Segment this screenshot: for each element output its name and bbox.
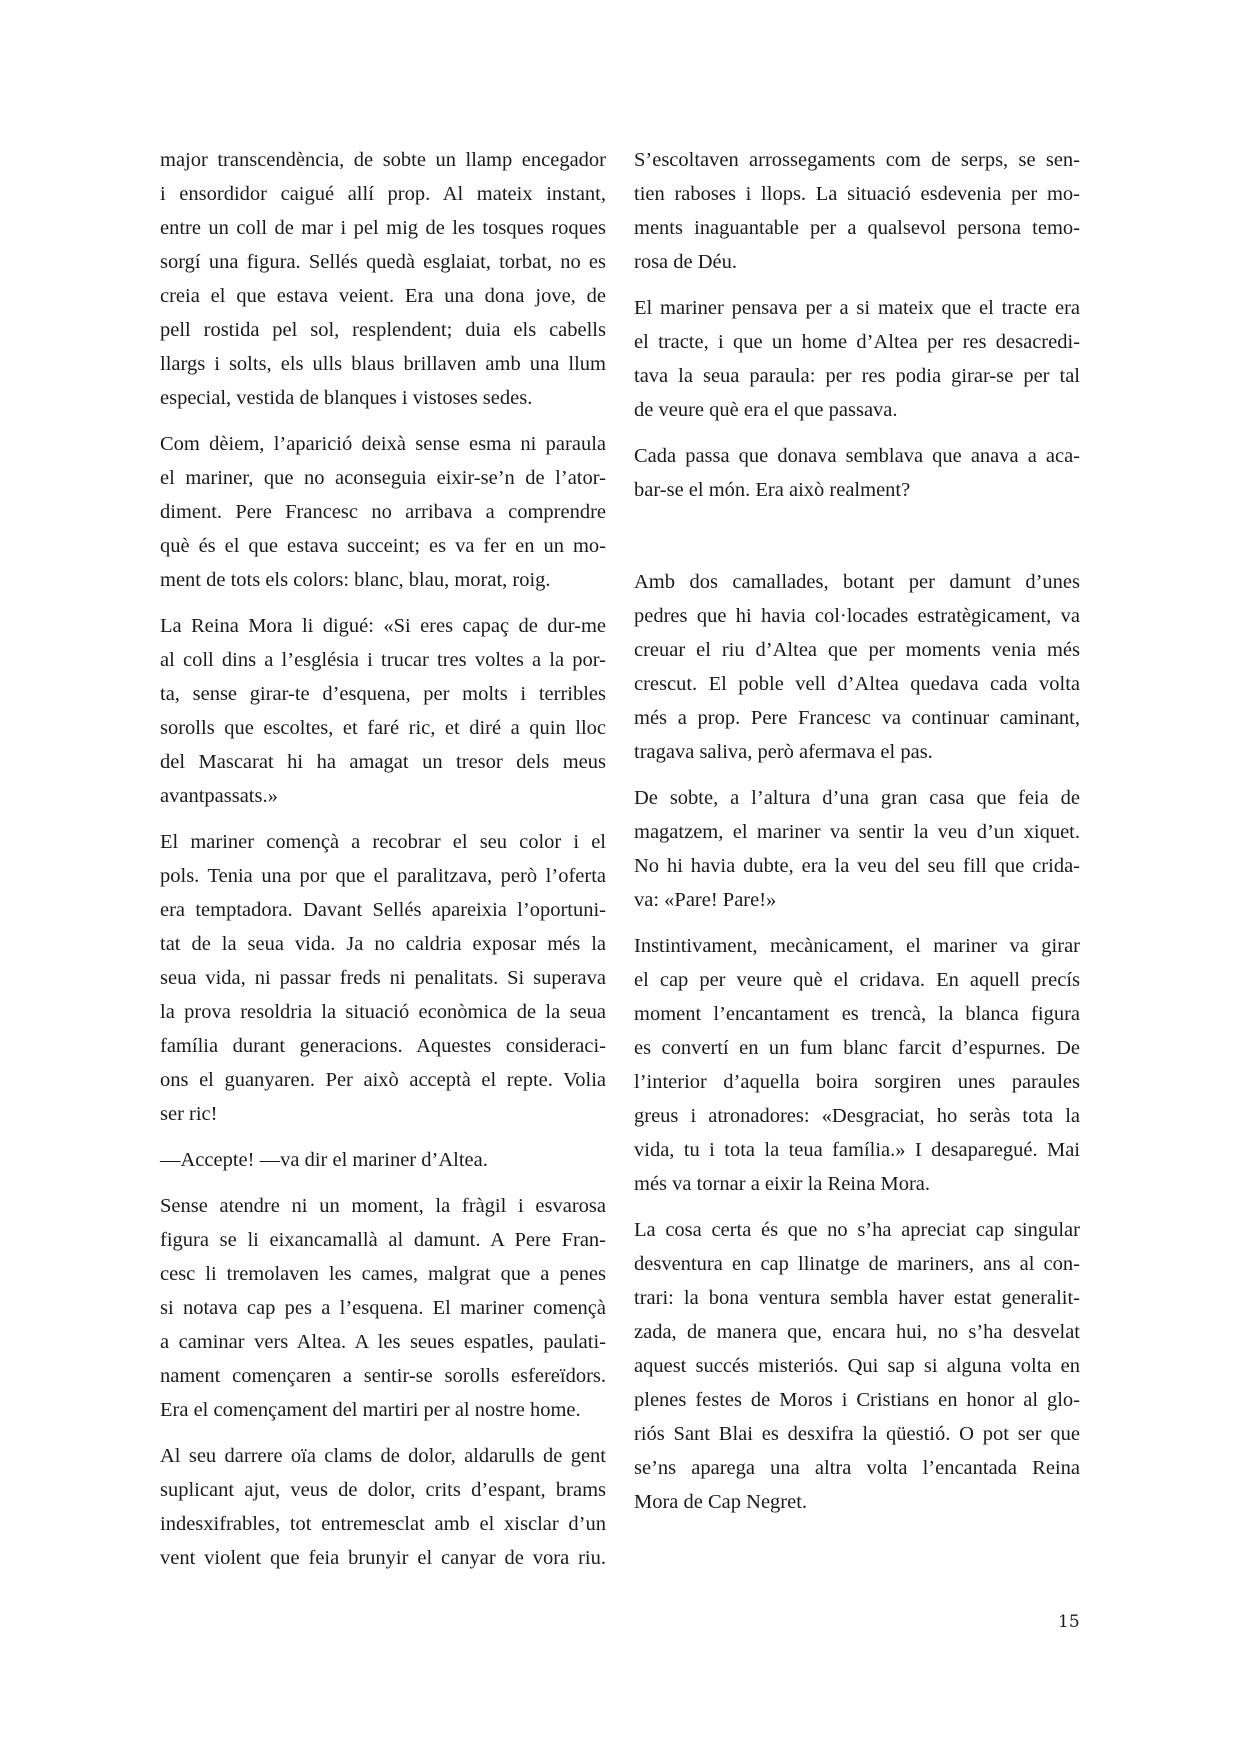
- text-line: El mariner començà a recobrar el seu col…: [160, 825, 606, 859]
- text-line: tat de la seua vida. Ja no caldria expos…: [160, 927, 606, 961]
- text-line: diment. Pere Francesc no arribava a comp…: [160, 495, 606, 529]
- text-line: creia el que estava veient. Era una dona…: [160, 279, 606, 313]
- text-line: —Accepte! —va dir el mariner d’Altea.: [160, 1143, 606, 1177]
- text-line: No hi havia dubte, era la veu del seu fi…: [634, 849, 1080, 883]
- text-line: ta, sense girar-te d’esquena, per molts …: [160, 677, 606, 711]
- text-line: era temptadora. Davant Sellés apareixia …: [160, 893, 606, 927]
- text-line: tien raboses i llops. La situació esdeve…: [634, 177, 1080, 211]
- document-page: major transcendència, de sobte un llamp …: [0, 0, 1240, 1753]
- text-line: trari: la bona ventura sembla haver esta…: [634, 1281, 1080, 1315]
- text-line: al coll dins a l’església i trucar tres …: [160, 643, 606, 677]
- paragraph: Sense atendre ni un moment, la fràgil i …: [160, 1189, 606, 1427]
- text-line: especial, vestida de blanques i vistoses…: [160, 381, 606, 415]
- page-number: 15: [1058, 1612, 1080, 1632]
- text-line: Cada passa que donava semblava que anava…: [634, 439, 1080, 473]
- paragraph: El mariner començà a recobrar el seu col…: [160, 825, 606, 1131]
- text-line: pols. Tenia una por que el paralitzava, …: [160, 859, 606, 893]
- paragraph: Amb dos camallades, botant per damunt d’…: [634, 565, 1080, 769]
- text-line: El mariner pensava per a si mateix que e…: [634, 291, 1080, 325]
- text-line: pedres que hi havia col·locades estratèg…: [634, 599, 1080, 633]
- text-line: ons el guanyaren. Per això acceptà el re…: [160, 1063, 606, 1097]
- text-line: aquest succés misteriós. Qui sap si algu…: [634, 1349, 1080, 1383]
- text-line: suplicant ajut, veus de dolor, crits d’e…: [160, 1473, 606, 1507]
- text-line: seua vida, ni passar freds ni penalitats…: [160, 961, 606, 995]
- text-line: bar-se el món. Era això realment?: [634, 473, 1080, 507]
- text-line: del Mascarat hi ha amagat un tresor dels…: [160, 745, 606, 779]
- text-line: Al seu darrere oïa clams de dolor, aldar…: [160, 1439, 606, 1473]
- text-line: riós Sant Blai es desxifra la qüestió. O…: [634, 1417, 1080, 1451]
- text-line: el cap per veure què el cridava. En aque…: [634, 963, 1080, 997]
- text-line: cesc li tremolaven les cames, malgrat qu…: [160, 1257, 606, 1291]
- text-line: figura se li eixancamallà al damunt. A P…: [160, 1223, 606, 1257]
- text-line: desventura en cap llinatge de mariners, …: [634, 1247, 1080, 1281]
- text-line: S’escoltaven arrossegaments com de serps…: [634, 143, 1080, 177]
- text-line: moment l’encantament es trencà, la blanc…: [634, 997, 1080, 1031]
- paragraph: Instintivament, mecànicament, el mariner…: [634, 929, 1080, 1201]
- text-line: avantpassats.»: [160, 779, 606, 813]
- text-line: pell rostida pel sol, resplendent; duia …: [160, 313, 606, 347]
- text-line: més a prop. Pere Francesc va continuar c…: [634, 701, 1080, 735]
- paragraph: La cosa certa és que no s’ha apreciat ca…: [634, 1213, 1080, 1519]
- text-line: La Reina Mora li digué: «Si eres capaç d…: [160, 609, 606, 643]
- section-spacer: [634, 519, 1080, 565]
- right-text-column: S’escoltaven arrossegaments com de serps…: [634, 143, 1080, 1531]
- paragraph: El mariner pensava per a si mateix que e…: [634, 291, 1080, 427]
- text-line: va: «Pare! Pare!»: [634, 883, 1080, 917]
- paragraph: Com dèiem, l’aparició deixà sense esma n…: [160, 427, 606, 597]
- text-line: rosa de Déu.: [634, 245, 1080, 279]
- text-line: greus i atronadores: «Desgraciat, ho ser…: [634, 1099, 1080, 1133]
- text-line: la prova resoldria la situació econòmica…: [160, 995, 606, 1029]
- text-line: entre un coll de mar i pel mig de les to…: [160, 211, 606, 245]
- text-line: si notava cap pes a l’esquena. El marine…: [160, 1291, 606, 1325]
- paragraph: De sobte, a l’altura d’una gran casa que…: [634, 781, 1080, 917]
- text-line: més va tornar a eixir la Reina Mora.: [634, 1167, 1080, 1201]
- paragraph: S’escoltaven arrossegaments com de serps…: [634, 143, 1080, 279]
- text-line: Mora de Cap Negret.: [634, 1485, 1080, 1519]
- text-line: Com dèiem, l’aparició deixà sense esma n…: [160, 427, 606, 461]
- text-line: creuar el riu d’Altea que per moments ve…: [634, 633, 1080, 667]
- text-line: major transcendència, de sobte un llamp …: [160, 143, 606, 177]
- left-text-column: major transcendència, de sobte un llamp …: [160, 143, 606, 1587]
- text-line: se’ns aparega una altra volta l’encantad…: [634, 1451, 1080, 1485]
- text-line: de veure què era el que passava.: [634, 393, 1080, 427]
- text-line: zada, de manera que, encara hui, no s’ha…: [634, 1315, 1080, 1349]
- text-line: vent violent que feia brunyir el canyar …: [160, 1541, 606, 1575]
- text-line: Sense atendre ni un moment, la fràgil i …: [160, 1189, 606, 1223]
- text-line: família durant generacions. Aquestes con…: [160, 1029, 606, 1063]
- text-line: sorolls que escoltes, et faré ric, et di…: [160, 711, 606, 745]
- text-line: La cosa certa és que no s’ha apreciat ca…: [634, 1213, 1080, 1247]
- text-line: a caminar vers Altea. A les seues espatl…: [160, 1325, 606, 1359]
- text-line: tragava saliva, però afermava el pas.: [634, 735, 1080, 769]
- text-line: vida, tu i tota la teua família.» I desa…: [634, 1133, 1080, 1167]
- text-line: l’interior d’aquella boira sorgiren unes…: [634, 1065, 1080, 1099]
- text-line: indesxifrables, tot entremesclat amb el …: [160, 1507, 606, 1541]
- paragraph: Cada passa que donava semblava que anava…: [634, 439, 1080, 507]
- text-line: De sobte, a l’altura d’una gran casa que…: [634, 781, 1080, 815]
- paragraph: La Reina Mora li digué: «Si eres capaç d…: [160, 609, 606, 813]
- text-line: es convertí en un fum blanc farcit d’esp…: [634, 1031, 1080, 1065]
- text-line: tava la seua paraula: per res podia gira…: [634, 359, 1080, 393]
- text-line: ment de tots els colors: blanc, blau, mo…: [160, 563, 606, 597]
- text-line: sorgí una figura. Sellés quedà esglaiat,…: [160, 245, 606, 279]
- text-line: ments inaguantable per a qualsevol perso…: [634, 211, 1080, 245]
- text-line: i ensordidor caigué allí prop. Al mateix…: [160, 177, 606, 211]
- text-line: què és el que estava succeint; es va fer…: [160, 529, 606, 563]
- text-line: magatzem, el mariner va sentir la veu d’…: [634, 815, 1080, 849]
- dialogue-paragraph: —Accepte! —va dir el mariner d’Altea.: [160, 1143, 606, 1177]
- text-line: el tracte, i que un home d’Altea per res…: [634, 325, 1080, 359]
- text-line: Era el començament del martiri per al no…: [160, 1393, 606, 1427]
- text-line: ser ric!: [160, 1097, 606, 1131]
- text-line: llargs i solts, els ulls blaus brillaven…: [160, 347, 606, 381]
- paragraph: Al seu darrere oïa clams de dolor, aldar…: [160, 1439, 606, 1575]
- text-line: el mariner, que no aconseguia eixir-se’n…: [160, 461, 606, 495]
- text-line: crescut. El poble vell d’Altea quedava c…: [634, 667, 1080, 701]
- text-line: Instintivament, mecànicament, el mariner…: [634, 929, 1080, 963]
- text-line: plenes festes de Moros i Cristians en ho…: [634, 1383, 1080, 1417]
- text-line: Amb dos camallades, botant per damunt d’…: [634, 565, 1080, 599]
- text-line: nament començaren a sentir-se sorolls es…: [160, 1359, 606, 1393]
- paragraph: major transcendència, de sobte un llamp …: [160, 143, 606, 415]
